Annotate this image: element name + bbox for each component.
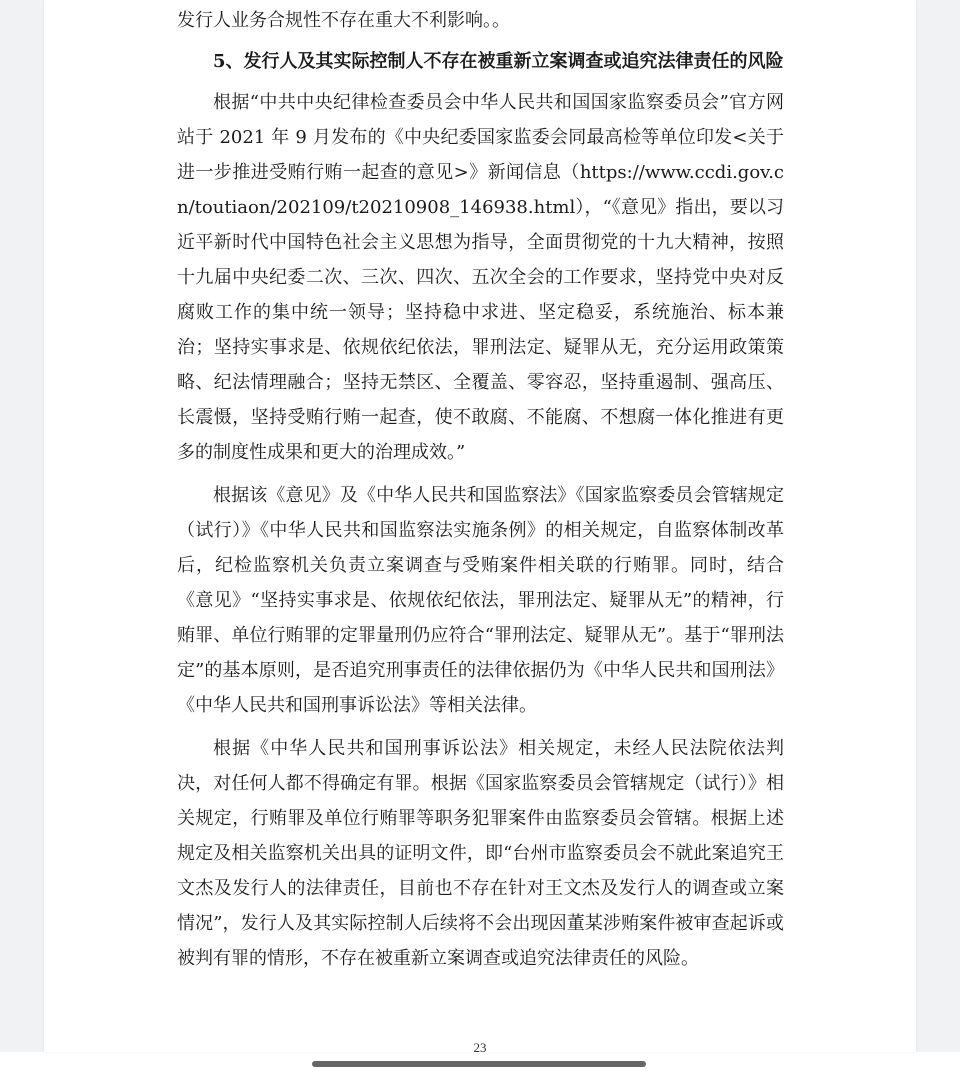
paragraph-2: 根据该《意见》及《中华人民共和国监察法》《国家监察委员会管辖规定（试行）》《中华… <box>177 478 784 723</box>
page-content: 发行人业务合规性不存在重大不利影响。。 5、发行人及其实际控制人不存在被重新立案… <box>177 0 784 976</box>
carryover-line: 发行人业务合规性不存在重大不利影响。。 <box>177 3 784 38</box>
page-number: 23 <box>44 1040 916 1052</box>
paragraph-gap <box>177 723 784 731</box>
paragraph-gap <box>177 470 784 478</box>
document-page[interactable]: 发行人业务合规性不存在重大不利影响。。 5、发行人及其实际控制人不存在被重新立案… <box>44 0 916 1052</box>
home-indicator-bar[interactable] <box>312 1061 646 1067</box>
paragraph-1: 根据“中共中央纪律检查委员会中华人民共和国国家监察委员会”官方网站于 2021 … <box>177 85 784 470</box>
paragraph-3: 根据《中华人民共和国刑事诉讼法》相关规定，未经人民法院依法判决，对任何人都不得确… <box>177 731 784 976</box>
section-heading: 5、发行人及其实际控制人不存在被重新立案调查或追究法律责任的风险 <box>177 44 784 79</box>
